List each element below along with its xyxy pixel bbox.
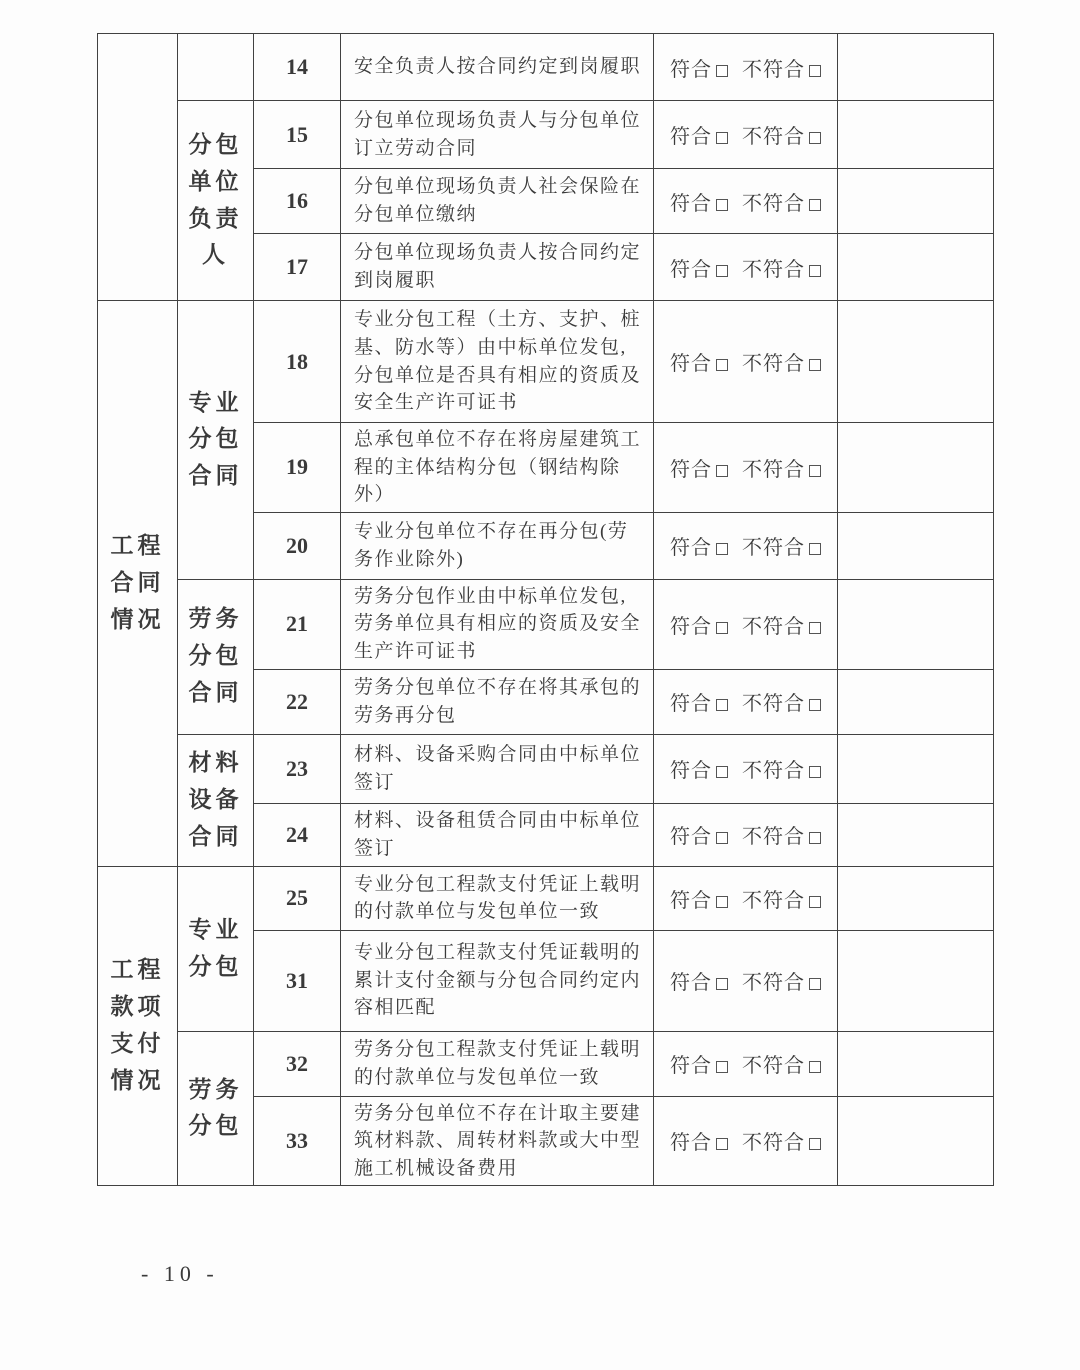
compliant-checkbox[interactable] [716,832,728,844]
compliant-option: 符合 [670,820,728,849]
category-cell: 工程款项支付情况 [98,866,178,1186]
group-label: 劳务分包 [187,1072,245,1146]
item-number: 32 [254,1031,341,1096]
check-cell: 符合不符合 [654,930,838,1031]
compliant-label: 符合 [670,760,712,782]
noncompliant-checkbox[interactable] [809,1061,821,1073]
item-number: 17 [254,234,341,301]
noncompliant-option: 不符合 [742,120,821,149]
compliant-checkbox[interactable] [716,896,728,908]
noncompliant-checkbox[interactable] [809,543,821,555]
inspection-checklist-table: 14 安全负责人按合同约定到岗履职 符合不符合 分包单位负责人 15 分包单位现… [97,33,994,1186]
noncompliant-option: 不符合 [742,53,821,82]
remark-cell [838,34,994,101]
remark-cell [838,234,994,301]
compliant-option: 符合 [670,53,728,82]
category-label: 工程款项支付情况 [109,952,167,1099]
noncompliant-checkbox[interactable] [809,265,821,277]
table-row: 劳务分包 32 劳务分包工程款支付凭证上载明的付款单位与发包单位一致 符合不符合 [98,1031,994,1096]
table-row: 劳务分包合同 21 劳务分包作业由中标单位发包,劳务单位具有相应的资质及安全生产… [98,579,994,669]
group-label: 专业分包 [187,912,245,986]
compliant-checkbox[interactable] [716,265,728,277]
noncompliant-checkbox[interactable] [809,622,821,634]
noncompliant-label: 不符合 [742,126,805,148]
item-number: 31 [254,930,341,1031]
check-cell: 符合不符合 [654,803,838,866]
item-description: 分包单位现场负责人与分包单位订立劳动合同 [341,101,654,169]
noncompliant-checkbox[interactable] [809,132,821,144]
item-description: 劳务分包作业由中标单位发包,劳务单位具有相应的资质及安全生产许可证书 [341,579,654,669]
compliant-label: 符合 [670,890,712,912]
check-cell: 符合不符合 [654,34,838,101]
item-description: 总承包单位不存在将房屋建筑工程的主体结构分包（钢结构除外） [341,423,654,513]
noncompliant-label: 不符合 [742,459,805,481]
group-cell: 劳务分包合同 [178,579,254,734]
item-number: 24 [254,803,341,866]
noncompliant-checkbox[interactable] [809,978,821,990]
compliant-checkbox[interactable] [716,543,728,555]
check-cell: 符合不符合 [654,1096,838,1186]
noncompliant-checkbox[interactable] [809,832,821,844]
compliant-label: 符合 [670,972,712,994]
group-cell: 专业分包合同 [178,301,254,580]
noncompliant-label: 不符合 [742,353,805,375]
remark-cell [838,101,994,169]
compliant-option: 符合 [670,347,728,376]
compliant-option: 符合 [670,120,728,149]
remark-cell [838,669,994,734]
item-description: 劳务分包单位不存在计取主要建筑材料款、周转材料款或大中型施工机械设备费用 [341,1096,654,1186]
compliant-checkbox[interactable] [716,766,728,778]
check-cell: 符合不符合 [654,734,838,803]
check-cell: 符合不符合 [654,101,838,169]
compliant-checkbox[interactable] [716,199,728,211]
item-description: 专业分包工程款支付凭证载明的累计支付金额与分包合同约定内容相匹配 [341,930,654,1031]
remark-cell [838,803,994,866]
item-description: 分包单位现场负责人按合同约定到岗履职 [341,234,654,301]
remark-cell [838,301,994,423]
noncompliant-label: 不符合 [742,693,805,715]
noncompliant-checkbox[interactable] [809,766,821,778]
compliant-option: 符合 [670,1126,728,1155]
noncompliant-label: 不符合 [742,193,805,215]
compliant-option: 符合 [670,253,728,282]
group-cell: 专业分包 [178,866,254,1031]
noncompliant-option: 不符合 [742,820,821,849]
compliant-label: 符合 [670,537,712,559]
item-number: 21 [254,579,341,669]
category-label: 工程合同情况 [109,528,167,638]
compliant-option: 符合 [670,687,728,716]
noncompliant-option: 不符合 [742,610,821,639]
group-cell: 劳务分包 [178,1031,254,1186]
item-number: 19 [254,423,341,513]
compliant-checkbox[interactable] [716,359,728,371]
noncompliant-option: 不符合 [742,187,821,216]
item-number: 14 [254,34,341,101]
noncompliant-label: 不符合 [742,826,805,848]
item-number: 33 [254,1096,341,1186]
noncompliant-label: 不符合 [742,59,805,81]
compliant-label: 符合 [670,59,712,81]
noncompliant-checkbox[interactable] [809,65,821,77]
noncompliant-option: 不符合 [742,347,821,376]
item-description: 材料、设备采购合同由中标单位签订 [341,734,654,803]
check-cell: 符合不符合 [654,866,838,930]
compliant-option: 符合 [670,754,728,783]
compliant-label: 符合 [670,353,712,375]
compliant-checkbox[interactable] [716,622,728,634]
compliant-option: 符合 [670,453,728,482]
noncompliant-option: 不符合 [742,531,821,560]
compliant-checkbox[interactable] [716,465,728,477]
item-number: 25 [254,866,341,930]
noncompliant-label: 不符合 [742,537,805,559]
item-description: 专业分包单位不存在再分包(劳务作业除外) [341,512,654,579]
noncompliant-checkbox[interactable] [809,1138,821,1150]
group-cell: 分包单位负责人 [178,101,254,301]
group-label: 专业分包合同 [187,385,245,495]
remark-cell [838,423,994,513]
item-number: 15 [254,101,341,169]
compliant-label: 符合 [670,616,712,638]
page-number: - 10 - [141,1261,219,1287]
noncompliant-option: 不符合 [742,884,821,913]
compliant-checkbox[interactable] [716,1061,728,1073]
item-description: 专业分包工程（土方、支护、桩基、防水等）由中标单位发包, 分包单位是否具有相应的… [341,301,654,423]
noncompliant-option: 不符合 [742,687,821,716]
group-label: 分包单位负责人 [187,127,245,274]
noncompliant-label: 不符合 [742,760,805,782]
noncompliant-label: 不符合 [742,616,805,638]
group-cell: 材料设备合同 [178,734,254,866]
item-description: 分包单位现场负责人社会保险在分包单位缴纳 [341,169,654,234]
noncompliant-checkbox[interactable] [809,699,821,711]
check-cell: 符合不符合 [654,169,838,234]
noncompliant-option: 不符合 [742,253,821,282]
noncompliant-option: 不符合 [742,966,821,995]
compliant-label: 符合 [670,126,712,148]
remark-cell [838,734,994,803]
remark-cell [838,169,994,234]
compliant-label: 符合 [670,259,712,281]
item-number: 22 [254,669,341,734]
remark-cell [838,512,994,579]
compliant-label: 符合 [670,693,712,715]
check-cell: 符合不符合 [654,423,838,513]
compliant-option: 符合 [670,531,728,560]
noncompliant-label: 不符合 [742,259,805,281]
table-row: 分包单位负责人 15 分包单位现场负责人与分包单位订立劳动合同 符合不符合 [98,101,994,169]
compliant-label: 符合 [670,826,712,848]
remark-cell [838,930,994,1031]
noncompliant-option: 不符合 [742,1049,821,1078]
check-cell: 符合不符合 [654,234,838,301]
noncompliant-label: 不符合 [742,1132,805,1154]
remark-cell [838,1031,994,1096]
check-cell: 符合不符合 [654,669,838,734]
check-cell: 符合不符合 [654,1031,838,1096]
table-row: 14 安全负责人按合同约定到岗履职 符合不符合 [98,34,994,101]
item-number: 16 [254,169,341,234]
noncompliant-checkbox[interactable] [809,199,821,211]
group-label: 劳务分包合同 [187,601,245,711]
noncompliant-checkbox[interactable] [809,359,821,371]
document-page: 14 安全负责人按合同约定到岗履职 符合不符合 分包单位负责人 15 分包单位现… [0,0,1080,1370]
compliant-checkbox[interactable] [716,699,728,711]
compliant-checkbox[interactable] [716,978,728,990]
category-cell [98,34,178,301]
item-description: 安全负责人按合同约定到岗履职 [341,34,654,101]
compliant-checkbox[interactable] [716,1138,728,1150]
table-row: 工程款项支付情况 专业分包 25 专业分包工程款支付凭证上载明的付款单位与发包单… [98,866,994,930]
remark-cell [838,866,994,930]
item-number: 18 [254,301,341,423]
noncompliant-label: 不符合 [742,972,805,994]
compliant-label: 符合 [670,1132,712,1154]
group-label: 材料设备合同 [187,745,245,855]
noncompliant-label: 不符合 [742,890,805,912]
item-description: 劳务分包单位不存在将其承包的劳务再分包 [341,669,654,734]
item-description: 专业分包工程款支付凭证上载明的付款单位与发包单位一致 [341,866,654,930]
compliant-checkbox[interactable] [716,65,728,77]
item-number: 23 [254,734,341,803]
item-number: 20 [254,512,341,579]
item-description: 材料、设备租赁合同由中标单位签订 [341,803,654,866]
compliant-checkbox[interactable] [716,132,728,144]
category-cell: 工程合同情况 [98,301,178,867]
check-cell: 符合不符合 [654,579,838,669]
check-cell: 符合不符合 [654,512,838,579]
compliant-label: 符合 [670,193,712,215]
table-row: 工程合同情况 专业分包合同 18 专业分包工程（土方、支护、桩基、防水等）由中标… [98,301,994,423]
compliant-option: 符合 [670,187,728,216]
compliant-label: 符合 [670,1055,712,1077]
group-cell [178,34,254,101]
noncompliant-checkbox[interactable] [809,465,821,477]
compliant-option: 符合 [670,610,728,639]
noncompliant-option: 不符合 [742,453,821,482]
remark-cell [838,1096,994,1186]
compliant-option: 符合 [670,966,728,995]
check-cell: 符合不符合 [654,301,838,423]
noncompliant-option: 不符合 [742,1126,821,1155]
noncompliant-option: 不符合 [742,754,821,783]
compliant-option: 符合 [670,884,728,913]
compliant-option: 符合 [670,1049,728,1078]
compliant-label: 符合 [670,459,712,481]
table-row: 材料设备合同 23 材料、设备采购合同由中标单位签订 符合不符合 [98,734,994,803]
remark-cell [838,579,994,669]
noncompliant-label: 不符合 [742,1055,805,1077]
noncompliant-checkbox[interactable] [809,896,821,908]
item-description: 劳务分包工程款支付凭证上载明的付款单位与发包单位一致 [341,1031,654,1096]
